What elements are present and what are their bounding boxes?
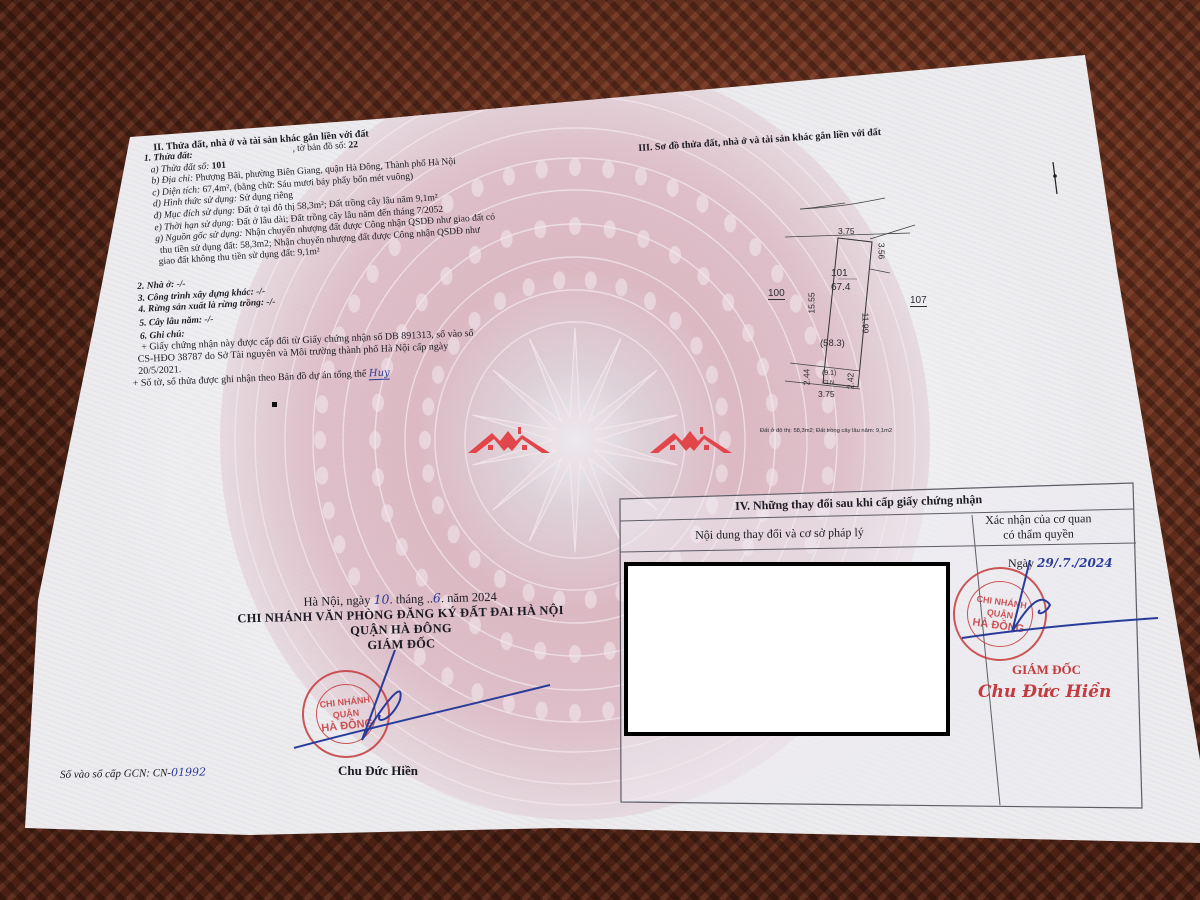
changes-table-grid — [0, 0, 1200, 900]
col-confirm-header: Xác nhận của cơ quan có thẩm quyền — [985, 511, 1092, 543]
certificate-paper: II. Thửa đất, nhà ở và tài sản khác gắn … — [0, 0, 1200, 900]
col-content-header: Nội dung thay đổi và cơ sở pháp lý — [695, 525, 864, 543]
signature-right — [960, 560, 1160, 660]
col-confirm-line-2: có thẩm quyền — [985, 526, 1092, 543]
col-confirm-line-1: Xác nhận của cơ quan — [985, 511, 1092, 528]
confirm-signer: Chu Đức Hiền — [978, 682, 1111, 702]
confirm-role: GIÁM ĐỐC — [1012, 662, 1081, 678]
redacted-content-box — [624, 562, 950, 736]
